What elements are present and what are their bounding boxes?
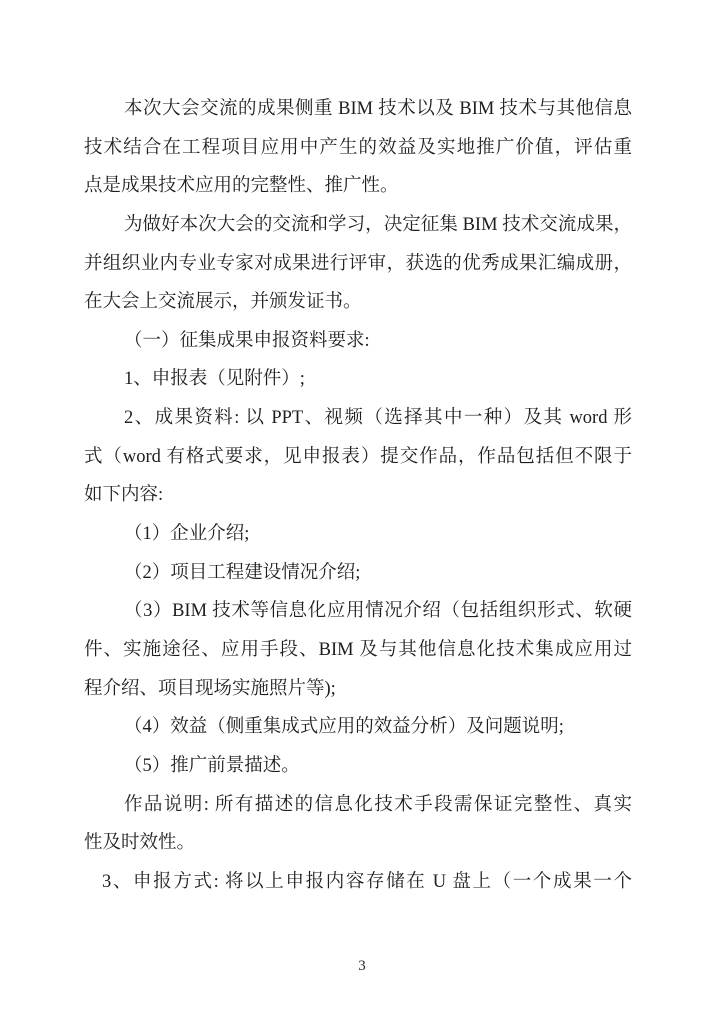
list-item-line: 1、申报表（见附件）; [84,360,632,399]
paragraph-line: 式（word 有格式要求，见申报表）提交作品，作品包括但不限于 [84,438,632,477]
paragraph-line: 件、实施途径、应用手段、BIM 及与其他信息化技术集成应用过 [84,631,632,670]
list-item-line: （5）推广前景描述。 [84,747,632,786]
list-item-line: 3、申报方式: 将以上申报内容存储在 U 盘上（一个成果一个 [84,863,632,902]
list-item-line: （1）企业介绍; [84,515,632,554]
paragraph-line: 性及时效性。 [84,824,632,863]
paragraph-line: 并组织业内专业专家对成果进行评审，获选的优秀成果汇编成册， [84,245,632,284]
document-page: 本次大会交流的成果侧重 BIM 技术以及 BIM 技术与其他信息 技术结合在工程… [0,0,724,1024]
document-body: 本次大会交流的成果侧重 BIM 技术以及 BIM 技术与其他信息 技术结合在工程… [84,90,632,901]
paragraph-line: 程介绍、项目现场实施照片等); [84,670,632,709]
list-item-line: 2、成果资料: 以 PPT、视频（选择其中一种）及其 word 形 [84,399,632,438]
paragraph-line: 点是成果技术应用的完整性、推广性。 [84,167,632,206]
list-item-line: （4）效益（侧重集成式应用的效益分析）及问题说明; [84,708,632,747]
paragraph-line: 技术结合在工程项目应用中产生的效益及实地推广价值，评估重 [84,129,632,168]
paragraph-line: 为做好本次大会的交流和学习，决定征集 BIM 技术交流成果， [84,206,632,245]
paragraph-line: 本次大会交流的成果侧重 BIM 技术以及 BIM 技术与其他信息 [84,90,632,129]
paragraph-line: 作品说明: 所有描述的信息化技术手段需保证完整性、真实 [84,786,632,825]
paragraph-line: 如下内容: [84,476,632,515]
paragraph-line: 在大会上交流展示，并颁发证书。 [84,283,632,322]
page-number: 3 [0,956,724,976]
list-item-line: （2）项目工程建设情况介绍; [84,554,632,593]
list-item-line: （3）BIM 技术等信息化应用情况介绍（包括组织形式、软硬 [84,592,632,631]
section-heading-line: （一）征集成果申报资料要求: [84,322,632,361]
